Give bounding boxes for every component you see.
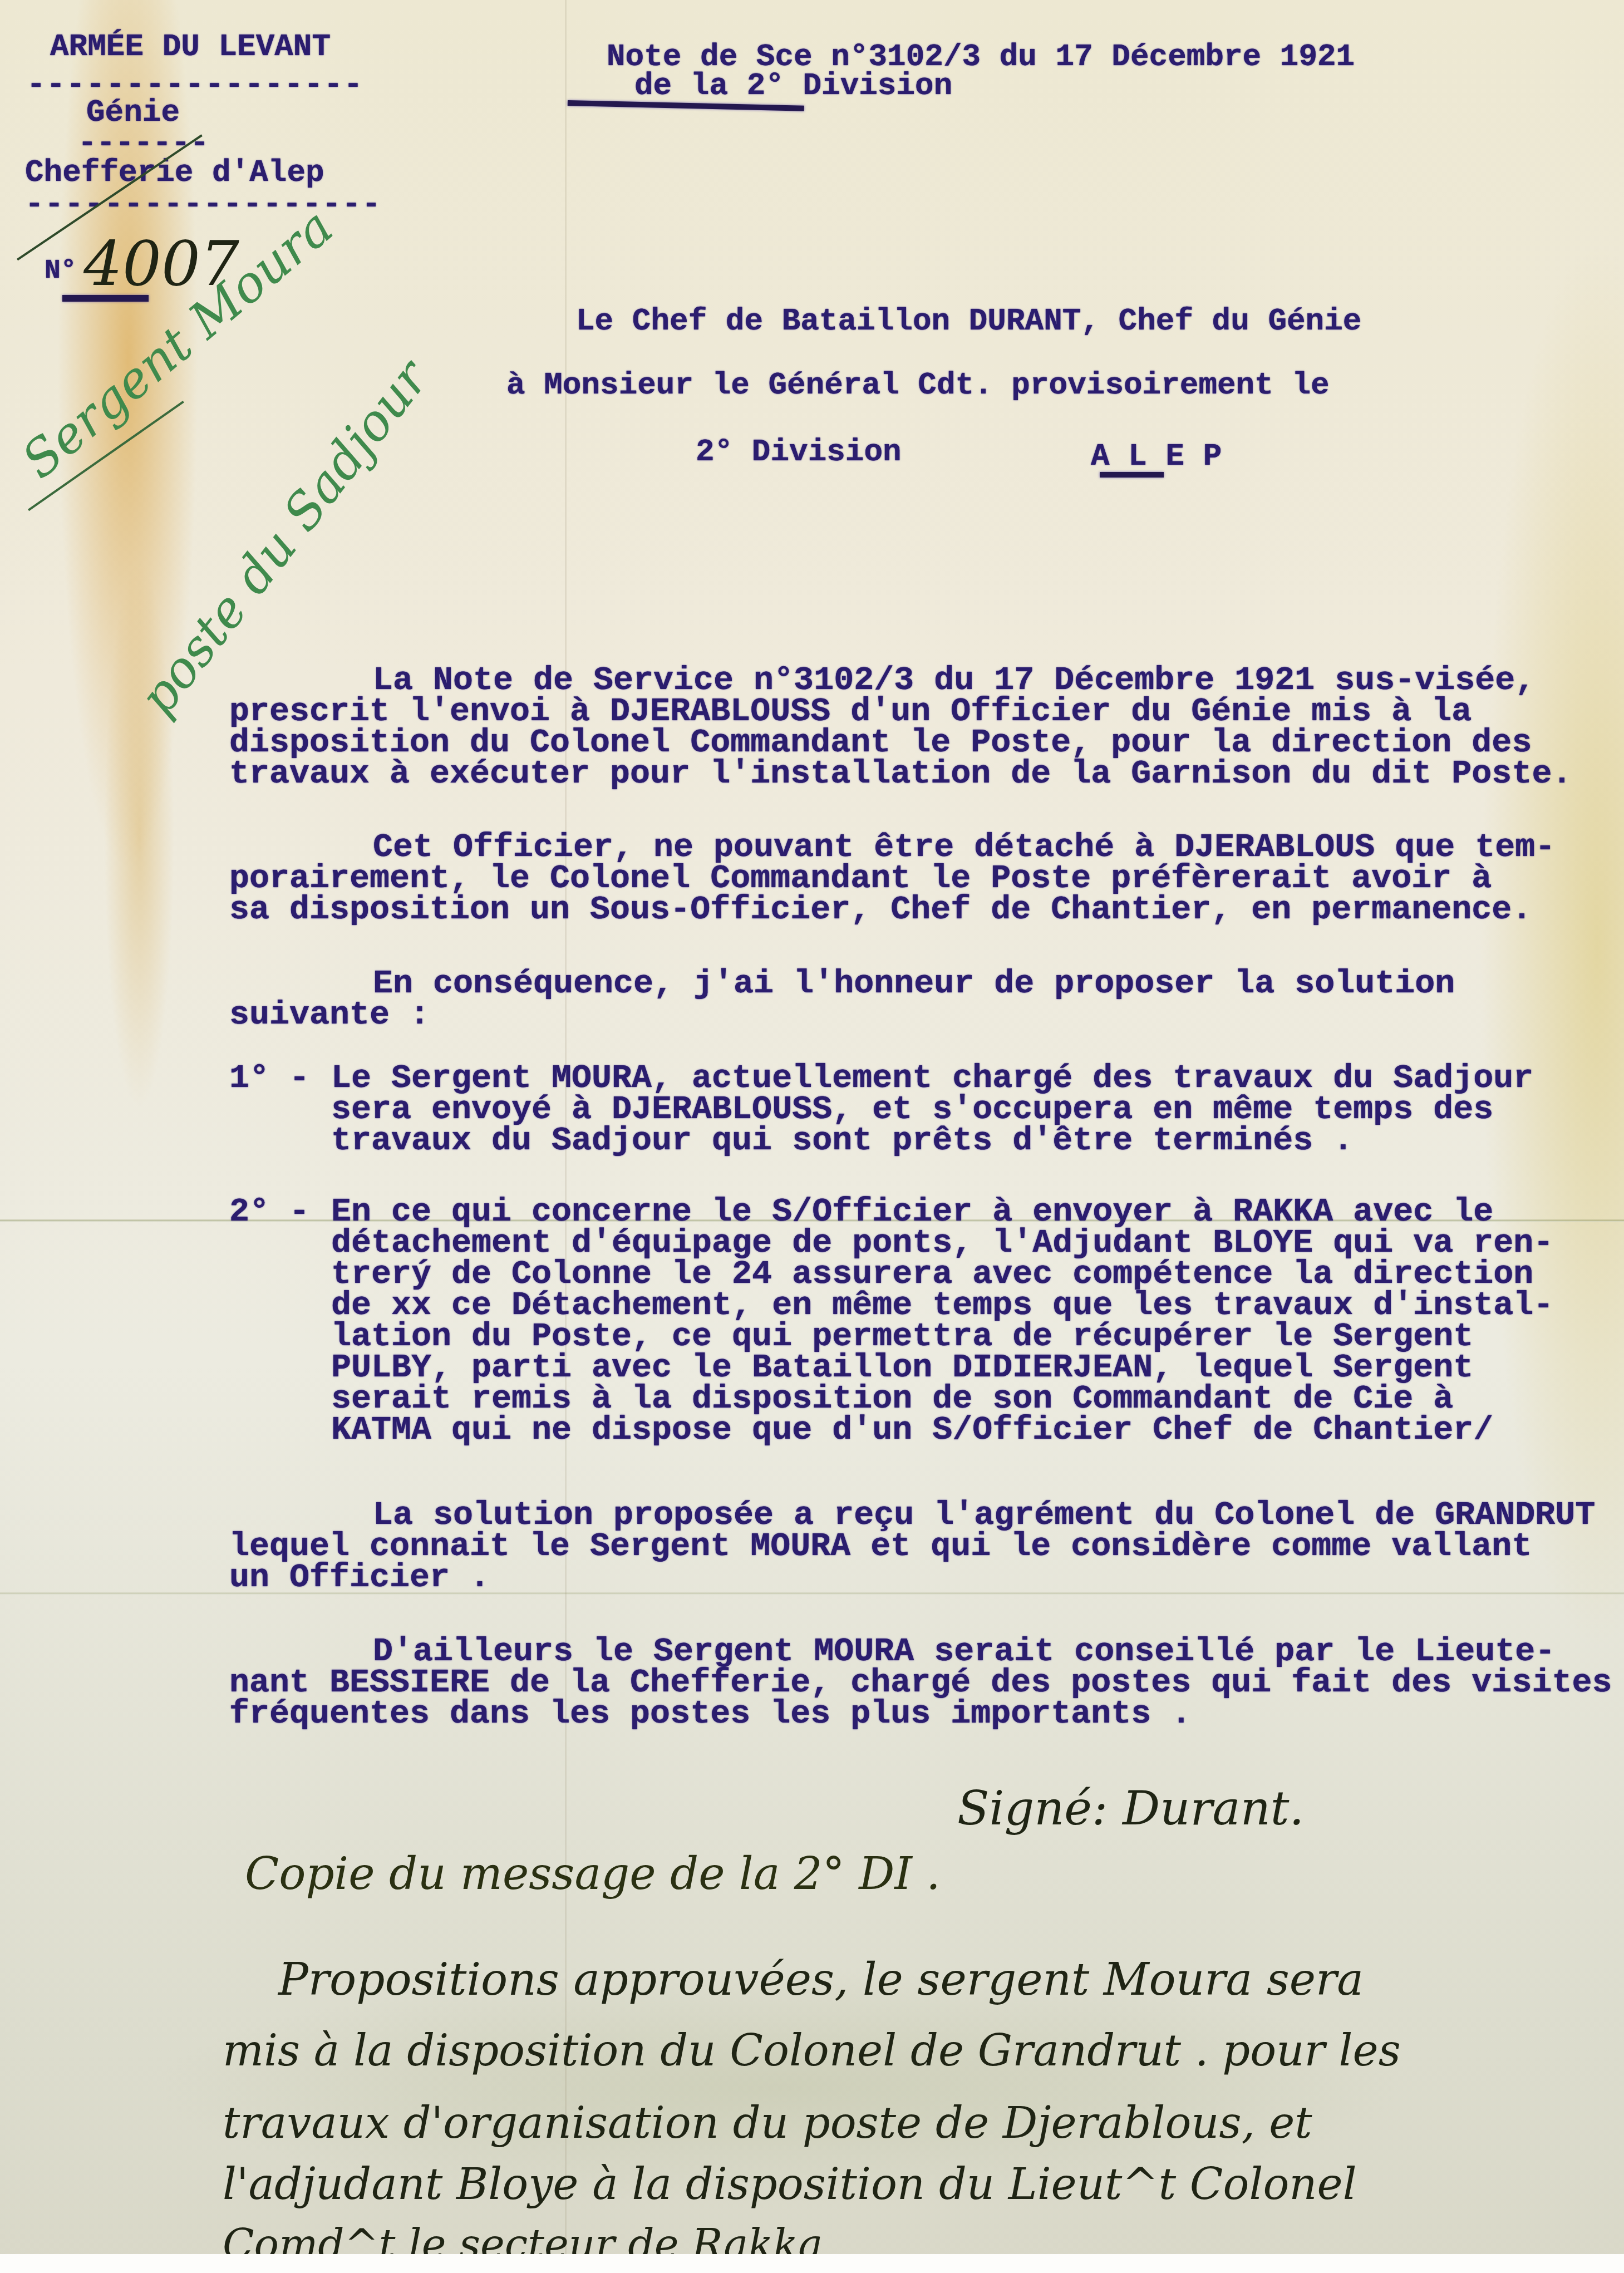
paragraph-3-line: En conséquence, j'ai l'honneur de propos…	[373, 968, 1455, 1000]
item-2-line: détachement d'équipage de ponts, l'Adjud…	[331, 1228, 1553, 1259]
header-chefferie: Chefferie d'Alep	[25, 155, 324, 190]
paragraph-2-line: sa disposition un Sous-Officier, Chef de…	[229, 894, 1532, 926]
sender: Le Chef de Bataillon DURANT, Chef du Gén…	[576, 303, 1361, 339]
reference-line2: de la 2° Division	[634, 68, 952, 104]
item-2-line: PULBY, parti avec le Bataillon DIDIERJEA…	[331, 1352, 1473, 1384]
item-1-line: Le Sergent MOURA, actuellement chargé de…	[331, 1063, 1533, 1094]
handwritten-note-title: Copie du message de la 2° DI .	[245, 1848, 941, 1900]
paragraph-5-line: fréquentes dans les postes les plus impo…	[229, 1699, 1191, 1730]
paragraph-2-line: Cet Officier, ne pouvant être détaché à …	[373, 832, 1555, 863]
item-1-line: sera envoyé à DJERABLOUSS, et s'occupera…	[331, 1094, 1493, 1125]
paragraph-4-line: lequel connait le Sergent MOURA et qui l…	[229, 1531, 1532, 1562]
paragraph-1-line: prescrit l'envoi à DJERABLOUSS d'un Offi…	[229, 696, 1472, 727]
paragraph-1-line: disposition du Colonel Commandant le Pos…	[229, 727, 1532, 759]
paragraph-1-line: travaux à exécuter pour l'installation d…	[229, 759, 1572, 790]
item-2-marker: 2° -	[229, 1197, 309, 1228]
signature: Signé: Durant.	[957, 1781, 1304, 1836]
recipient-city: A L E P	[1091, 439, 1222, 474]
item-1-line: travaux du Sadjour qui sont prêts d'être…	[331, 1125, 1353, 1157]
item-2-line: KATMA qui ne dispose que d'un S/Officier…	[331, 1415, 1493, 1446]
item-2-line: de xx ce Détachement, en même temps que …	[331, 1290, 1553, 1321]
item-2-line: serait remis à la disposition de son Com…	[331, 1384, 1453, 1415]
paragraph-5-line: nant BESSIERE de la Chefferie, chargé de…	[229, 1667, 1612, 1699]
paragraph-3-line: suivante :	[229, 1000, 430, 1031]
handwritten-note-line: l'adjudant Bloye à la disposition du Lie…	[223, 2159, 1357, 2210]
paragraph-2-line: porairement, le Colonel Commandant le Po…	[229, 863, 1492, 894]
item-1-marker: 1° -	[229, 1063, 309, 1094]
handwritten-note-line: travaux d'organisation du poste de Djera…	[223, 2098, 1312, 2148]
paragraph-1-line: La Note de Service n°3102/3 du 17 Décemb…	[373, 665, 1535, 696]
paragraph-4-line: La solution proposée a reçu l'agrément d…	[373, 1500, 1595, 1531]
recipient-division: 2° Division	[696, 434, 902, 470]
paragraph-4-line: un Officier .	[229, 1562, 490, 1593]
item-2-line: En ce qui concerne le S/Officier à envoy…	[331, 1197, 1493, 1228]
scan-border	[0, 2254, 1624, 2273]
header-army: ARMÉE DU LEVANT	[50, 29, 331, 65]
number-underline	[62, 295, 149, 302]
handwritten-note-line: mis à la disposition du Colonel de Grand…	[223, 2026, 1401, 2076]
item-2-line: lation du Poste, ce qui permettra de réc…	[331, 1321, 1473, 1352]
item-2-line: trerý de Colonne le 24 assurera avec com…	[331, 1259, 1533, 1290]
city-underline	[1100, 472, 1164, 478]
recipient: à Monsieur le Général Cdt. provisoiremen…	[506, 367, 1330, 403]
paragraph-5-line: D'ailleurs le Sergent MOURA serait conse…	[373, 1636, 1555, 1667]
header-separator: -----------------	[27, 67, 363, 102]
handwritten-note-line: Propositions approuvées, le sergent Mour…	[278, 1954, 1364, 2005]
number-label: N°	[45, 256, 77, 286]
